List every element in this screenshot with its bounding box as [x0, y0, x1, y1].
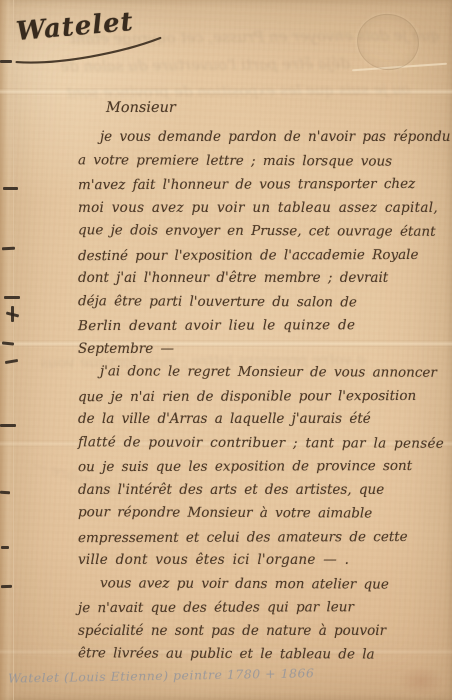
binding-mark: [4, 296, 20, 299]
letter-line: je n'avait que des études qui par leur: [78, 596, 448, 621]
letter-line: dont j'ai l'honneur d'être membre ; devr…: [78, 267, 448, 291]
letter-line: que je dois envoyer en Prusse, cet ouvra…: [78, 219, 448, 244]
letter-line: ou je suis que les exposition de provinc…: [78, 455, 448, 480]
binding-mark: [0, 424, 16, 427]
binding-mark: [11, 306, 14, 322]
letter-line: destiné pour l'exposition de l'accademie…: [78, 243, 448, 268]
letter-line: spécialité ne sont pas de nature à pouvo…: [78, 620, 448, 644]
letter-line: dans l'intérêt des arts et des artistes,…: [78, 479, 448, 503]
paper-stain: [398, 666, 444, 696]
letter-line: a votre premiere lettre ; mais lorsque v…: [78, 149, 448, 174]
pencil-attribution-note: Watelet (Louis Etienne) peintre 1780 + 1…: [8, 665, 315, 685]
letter-line: déja être parti l'ouverture du salon de: [78, 290, 448, 315]
letter-line: de la ville d'Arras a laquelle j'aurais …: [78, 408, 448, 432]
binding-mark: [0, 491, 10, 495]
letter-line: être livrées au public et le tableau de …: [78, 642, 448, 667]
letter-line: ville dont vous êtes ici l'organe — .: [78, 549, 448, 573]
letter-line: moi vous avez pu voir un tableau assez c…: [78, 197, 448, 221]
binding-mark: [3, 187, 18, 190]
letter-line: vous avez pu voir dans mon atelier que: [78, 572, 448, 597]
letter-line: Berlin devant avoir lieu le quinze de: [78, 314, 448, 339]
letter-line: flatté de pouvoir contribuer ; tant par …: [78, 431, 448, 456]
letter-greeting: Monsieur: [78, 96, 448, 127]
letter-line: pour répondre Monsieur à votre aimable: [78, 501, 448, 526]
paper-crease: [0, 88, 452, 95]
page-left-edge: [0, 0, 14, 700]
binding-mark: [1, 585, 12, 588]
binding-mark: [0, 60, 12, 63]
letter-line: Septembre —: [78, 338, 448, 362]
letter-line: m'avez fait l'honneur de vous transporte…: [78, 173, 448, 198]
letter-body: Monsieur je vous demande pardon de n'avo…: [78, 96, 448, 667]
letter-line: je vous demande pardon de n'avoir pas ré…: [78, 126, 448, 150]
letter-line: que je n'ai rien de disponible pour l'ex…: [78, 384, 448, 409]
letter-line: j'ai donc le regret Monsieur de vous ann…: [78, 360, 448, 385]
binding-mark: [1, 546, 9, 549]
letter-line: empressement et celui des amateurs de ce…: [78, 525, 448, 550]
letter-scan: que je dois envoyer en Prusse, cet ouvra…: [0, 0, 452, 700]
